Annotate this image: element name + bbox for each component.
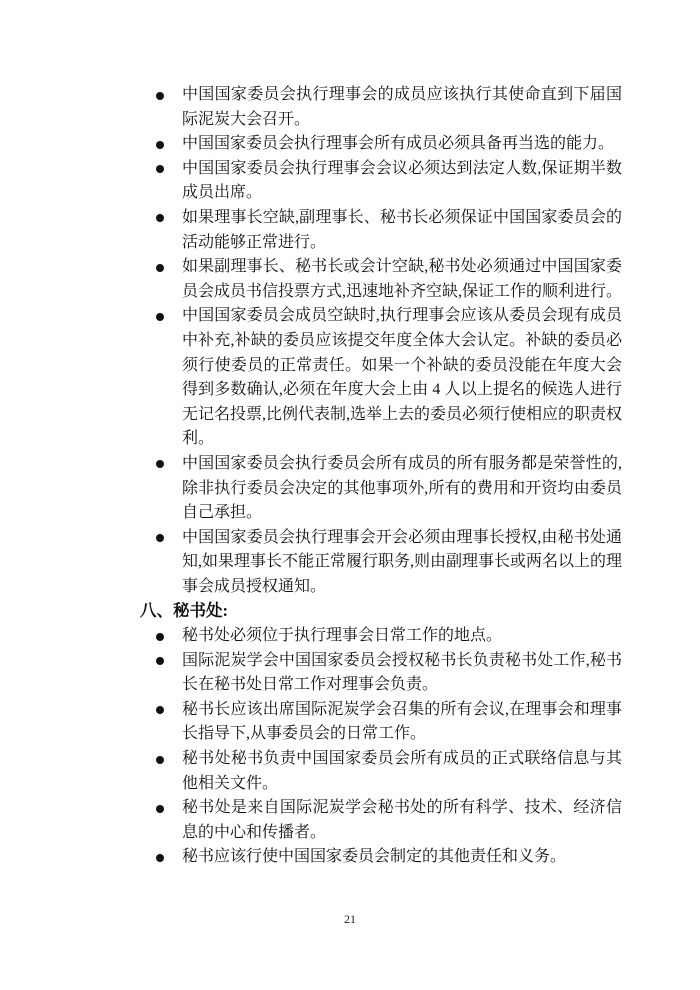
list-item-text: 如果理事长空缺,副理事长、秘书长必须保证中国国家委员会的活动能够正常进行。 — [182, 209, 622, 251]
bullet-icon — [156, 264, 164, 272]
bullet-icon — [156, 460, 164, 468]
list-item-text: 秘书长应该出席国际泥炭学会召集的所有会议,在理事会和理事长指导下,从事委员会的日… — [182, 701, 622, 743]
list-item: 秘书处秘书负责中国国家委员会所有成员的正式联络信息与其他相关文件。 — [140, 747, 622, 796]
bullet-icon — [156, 214, 164, 222]
list-item: 中国国家委员会执行委员会所有成员的所有服务都是荣誉性的,除非执行委员会决定的其他… — [140, 452, 622, 526]
list-item: 中国国家委员会执行理事会所有成员必须具备再当选的能力。 — [140, 132, 622, 157]
document-content: 中国国家委员会执行理事会的成员应该执行其使命直到下届国际泥炭大会召开。 中国国家… — [140, 83, 622, 870]
bullet-icon — [156, 313, 164, 321]
bullet-icon — [156, 756, 164, 764]
list-item: 秘书长应该出席国际泥炭学会召集的所有会议,在理事会和理事长指导下,从事委员会的日… — [140, 698, 622, 747]
bullet-list-secretariat: 秘书处必须位于执行理事会日常工作的地点。 国际泥炭学会中国国家委员会授权秘书长负… — [140, 624, 622, 870]
list-item-text: 秘书处必须位于执行理事会日常工作的地点。 — [182, 627, 502, 644]
list-item-text: 秘书处是来自国际泥炭学会秘书处的所有科学、技术、经济信息的中心和传播者。 — [182, 799, 622, 841]
section-heading-secretariat: 八、秘书处: — [140, 599, 622, 624]
bullet-icon — [156, 854, 164, 862]
list-item: 国际泥炭学会中国国家委员会授权秘书长负责秘书处工作,秘书长在秘书处日常工作对理事… — [140, 649, 622, 698]
page-number: 21 — [0, 911, 700, 927]
list-item-text: 如果副理事长、秘书长或会计空缺,秘书处必须通过中国国家委员会成员书信投票方式,迅… — [182, 258, 622, 300]
list-item: 秘书应该行使中国国家委员会制定的其他责任和义务。 — [140, 845, 622, 870]
list-item-text: 中国国家委员会执行理事会开会必须由理事长授权,由秘书处通知,如果理事长不能正常履… — [182, 529, 622, 595]
list-item: 中国国家委员会成员空缺时,执行理事会应该从委员会现有成员中补充,补缺的委员应该提… — [140, 304, 622, 452]
list-item-text: 秘书处秘书负责中国国家委员会所有成员的正式联络信息与其他相关文件。 — [182, 750, 622, 792]
bullet-list-executive-council: 中国国家委员会执行理事会的成员应该执行其使命直到下届国际泥炭大会召开。 中国国家… — [140, 83, 622, 599]
list-item: 如果理事长空缺,副理事长、秘书长必须保证中国国家委员会的活动能够正常进行。 — [140, 206, 622, 255]
list-item-text: 秘书应该行使中国国家委员会制定的其他责任和义务。 — [182, 848, 566, 865]
bullet-icon — [156, 534, 164, 542]
list-item: 中国国家委员会执行理事会的成员应该执行其使命直到下届国际泥炭大会召开。 — [140, 83, 622, 132]
list-item-text: 中国国家委员会成员空缺时,执行理事会应该从委员会现有成员中补充,补缺的委员应该提… — [182, 307, 622, 447]
document-page: 中国国家委员会执行理事会的成员应该执行其使命直到下届国际泥炭大会召开。 中国国家… — [0, 0, 700, 990]
list-item: 中国国家委员会执行理事会会议必须达到法定人数,保证期半数成员出席。 — [140, 157, 622, 206]
list-item-text: 中国国家委员会执行理事会会议必须达到法定人数,保证期半数成员出席。 — [182, 160, 622, 202]
bullet-icon — [156, 165, 164, 173]
list-item-text: 国际泥炭学会中国国家委员会授权秘书长负责秘书处工作,秘书长在秘书处日常工作对理事… — [182, 652, 622, 694]
bullet-icon — [156, 141, 164, 149]
bullet-icon — [156, 805, 164, 813]
list-item-text: 中国国家委员会执行理事会的成员应该执行其使命直到下届国际泥炭大会召开。 — [182, 86, 622, 128]
list-item: 秘书处必须位于执行理事会日常工作的地点。 — [140, 624, 622, 649]
list-item: 中国国家委员会执行理事会开会必须由理事长授权,由秘书处通知,如果理事长不能正常履… — [140, 526, 622, 600]
list-item: 如果副理事长、秘书长或会计空缺,秘书处必须通过中国国家委员会成员书信投票方式,迅… — [140, 255, 622, 304]
list-item-text: 中国国家委员会执行理事会所有成员必须具备再当选的能力。 — [182, 135, 614, 152]
bullet-icon — [156, 92, 164, 100]
list-item: 秘书处是来自国际泥炭学会秘书处的所有科学、技术、经济信息的中心和传播者。 — [140, 796, 622, 845]
bullet-icon — [156, 657, 164, 665]
bullet-icon — [156, 633, 164, 641]
list-item-text: 中国国家委员会执行委员会所有成员的所有服务都是荣誉性的,除非执行委员会决定的其他… — [182, 455, 622, 521]
bullet-icon — [156, 706, 164, 714]
